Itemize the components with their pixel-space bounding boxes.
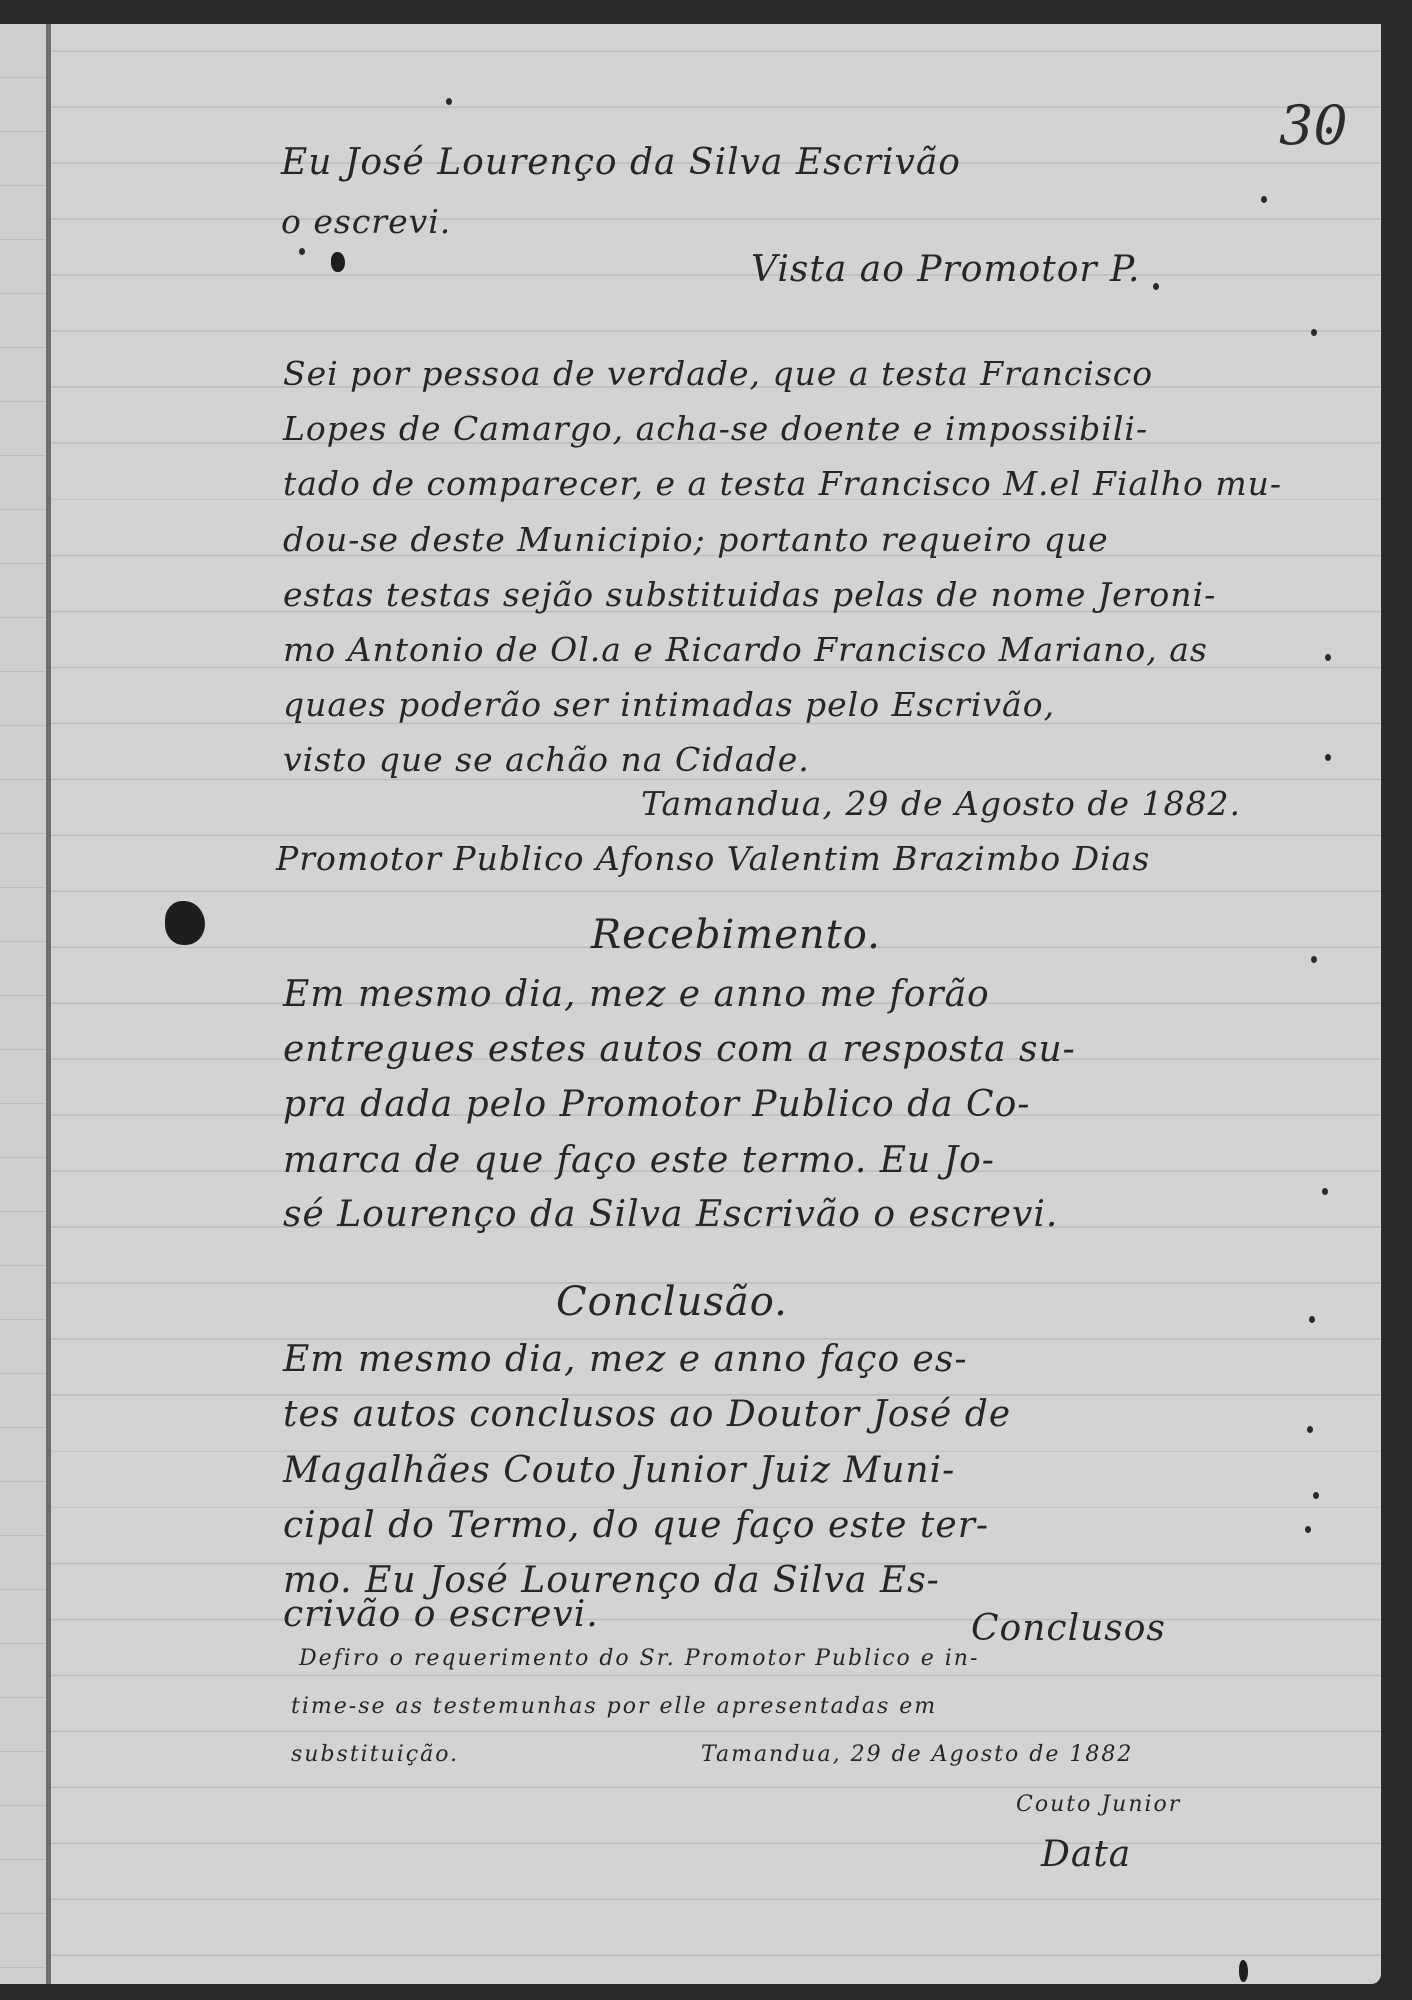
opening-line: o escrevi.	[281, 202, 451, 241]
conclusao-line: crivão o escrevi.	[283, 1594, 599, 1635]
recebimento-line: sé Lourenço da Silva Escrivão o escrevi.	[283, 1194, 1058, 1235]
ink-speck	[1311, 956, 1317, 963]
promotor-line: mo Antonio de Ol.a e Ricardo Francisco M…	[283, 630, 1208, 669]
recebimento-line: entregues estes autos com a resposta su-	[283, 1029, 1076, 1070]
vista-line: Vista ao Promotor P.	[751, 249, 1140, 290]
promotor-line: dou-se deste Municipio; portanto requeir…	[283, 520, 1109, 559]
despacho-line: time-se as testemunhas por elle apresent…	[291, 1694, 937, 1719]
promotor-line: Sei por pessoa de verdade, que a testa F…	[283, 354, 1153, 393]
promotor-signature: Promotor Publico Afonso Valentim Brazimb…	[276, 839, 1150, 878]
manuscript-page: 30 Eu José Lourenço da Silva Escrivão o …	[51, 24, 1381, 1984]
ink-speck	[299, 248, 305, 255]
opening-line: Eu José Lourenço da Silva Escrivão	[281, 142, 961, 183]
promotor-line: tado de comparecer, e a testa Francisco …	[283, 464, 1282, 503]
ink-speck	[446, 98, 452, 105]
ink-blot	[331, 252, 345, 272]
ink-blot	[1239, 1960, 1248, 1982]
promotor-date: Tamandua, 29 de Agosto de 1882.	[641, 784, 1241, 823]
despacho-signature: Couto Junior	[1016, 1792, 1181, 1817]
promotor-line: Lopes de Camargo, acha-se doente e impos…	[283, 409, 1148, 448]
despacho-date: Tamandua, 29 de Agosto de 1882	[701, 1742, 1133, 1767]
ink-speck	[1313, 1492, 1319, 1499]
promotor-line: visto que se achão na Cidade.	[283, 740, 810, 779]
facing-page-edge	[0, 24, 46, 2000]
ink-blot	[165, 901, 205, 945]
scan-background-right	[1381, 0, 1412, 2000]
ink-speck	[1311, 329, 1317, 336]
conclusao-line: Magalhães Couto Junior Juiz Muni-	[283, 1450, 955, 1491]
despacho-closing: Data	[1041, 1834, 1131, 1875]
ink-speck	[1153, 283, 1159, 290]
recebimento-line: pra dada pelo Promotor Publico da Co-	[283, 1084, 1030, 1125]
ink-speck	[1325, 654, 1331, 661]
recebimento-heading: Recebimento.	[591, 912, 881, 958]
conclusao-line: Em mesmo dia, mez e anno faço es-	[283, 1339, 968, 1380]
promotor-line: quaes poderão ser intimadas pelo Escrivã…	[283, 685, 1055, 724]
recebimento-line: marca de que faço este termo. Eu Jo-	[283, 1140, 995, 1181]
ink-speck	[1325, 754, 1331, 761]
ink-speck	[1307, 1426, 1313, 1433]
despacho-line: substituição.	[291, 1742, 459, 1767]
page-number: 30	[1279, 94, 1348, 157]
conclusao-heading: Conclusão.	[556, 1279, 788, 1325]
scan-background-top	[0, 0, 1412, 26]
recebimento-line: Em mesmo dia, mez e anno me forão	[283, 974, 990, 1015]
conclusao-closing: Conclusos	[971, 1608, 1166, 1649]
ink-speck	[1322, 1188, 1328, 1195]
promotor-line: estas testas sejão substituidas pelas de…	[283, 575, 1216, 614]
ink-speck	[1309, 1316, 1315, 1323]
despacho-line: Defiro o requerimento do Sr. Promotor Pu…	[299, 1646, 979, 1671]
ink-speck	[1305, 1526, 1311, 1533]
conclusao-line: cipal do Termo, do que faço este ter-	[283, 1505, 989, 1546]
conclusao-line: tes autos conclusos ao Doutor José de	[283, 1394, 1011, 1435]
scan-background-bottom	[0, 1984, 1412, 2000]
ink-speck	[1261, 196, 1267, 203]
